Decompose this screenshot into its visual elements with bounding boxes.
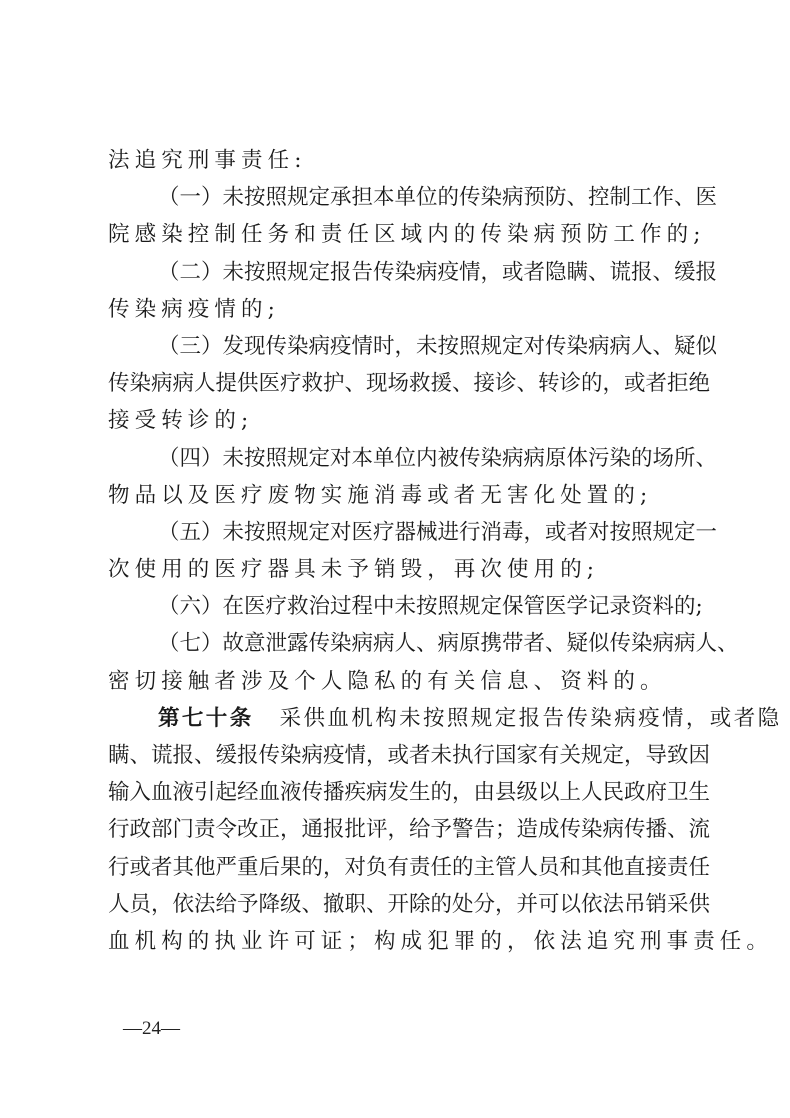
text-line: 输入血液引起经血液传播疾病发生的，由县级以上人民政府卫生 bbox=[108, 774, 698, 811]
text-line: 人员，依法给予降级、撤职、开除的处分，并可以依法吊销采供 bbox=[108, 886, 698, 923]
text-line: 法追究刑事责任: bbox=[108, 142, 698, 179]
text-line: （二）未按照规定报告传染病疫情，或者隐瞒、谎报、缓报 bbox=[108, 254, 698, 291]
text-line: （七）故意泄露传染病病人、病原携带者、疑似传染病病人、 bbox=[108, 625, 698, 662]
text-line: 瞒、谎报、缓报传染病疫情，或者未执行国家有关规定，导致因 bbox=[108, 737, 698, 774]
article-first-line: 第七十条采供血机构未按照规定报告传染病疫情，或者隐 bbox=[108, 700, 698, 737]
article-text: 采供血机构未按照规定报告传染病疫情，或者隐 bbox=[280, 706, 782, 731]
text-line: （一）未按照规定承担本单位的传染病预防、控制工作、医 bbox=[108, 179, 698, 216]
article-heading: 第七十条 bbox=[158, 706, 254, 731]
text-line: 行或者其他严重后果的，对负有责任的主管人员和其他直接责任 bbox=[108, 849, 698, 886]
text-line: 次使用的医疗器具未予销毁，再次使用的; bbox=[108, 551, 698, 588]
text-line: （五）未按照规定对医疗器械进行消毒，或者对按照规定一 bbox=[108, 514, 698, 551]
text-line: （四）未按照规定对本单位内被传染病病原体污染的场所、 bbox=[108, 440, 698, 477]
text-line: 血机构的执业许可证；构成犯罪的，依法追究刑事责任。 bbox=[108, 923, 698, 960]
text-line: 传染病病人提供医疗救护、现场救援、接诊、转诊的，或者拒绝 bbox=[108, 365, 698, 402]
text-line: （六）在医疗救治过程中未按照规定保管医学记录资料的; bbox=[108, 588, 698, 625]
document-body: 法追究刑事责任: （一）未按照规定承担本单位的传染病预防、控制工作、医 院感染控… bbox=[108, 142, 698, 960]
text-line: 院感染控制任务和责任区域内的传染病预防工作的; bbox=[108, 216, 698, 253]
text-line: （三）发现传染病疫情时，未按照规定对传染病病人、疑似 bbox=[108, 328, 698, 365]
text-line: 密切接触者涉及个人隐私的有关信息、资料的。 bbox=[108, 663, 698, 700]
text-line: 物品以及医疗废物实施消毒或者无害化处置的; bbox=[108, 477, 698, 514]
text-line: 行政部门责令改正，通报批评，给予警告；造成传染病传播、流 bbox=[108, 811, 698, 848]
text-line: 接受转诊的; bbox=[108, 402, 698, 439]
page-number: —24— bbox=[123, 1018, 180, 1040]
text-line: 传染病疫情的; bbox=[108, 291, 698, 328]
